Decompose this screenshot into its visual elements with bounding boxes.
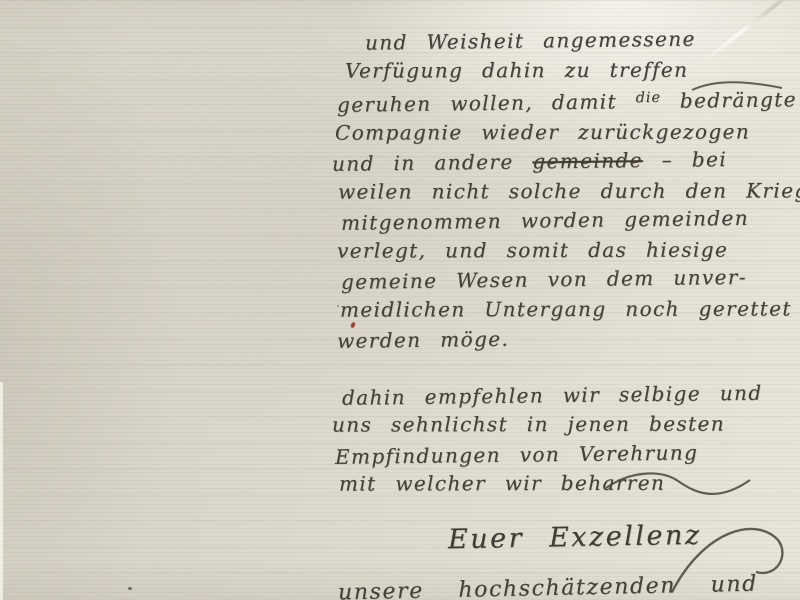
- manuscript-paragraph: und Weisheit angemesseneVerfügung dahin …: [332, 26, 800, 354]
- text-segment: – bei: [643, 147, 727, 172]
- manuscript-line: Verfügung dahin zu treffen: [345, 55, 800, 86]
- text-segment: Verfügung dahin zu treffen: [345, 57, 688, 82]
- text-segment: mitgenommen worden gemeinden: [341, 206, 749, 235]
- text-segment: dahin empfehlen wir selbige und: [342, 380, 763, 409]
- manuscript-line: und Weisheit angemessene: [365, 23, 800, 58]
- manuscript-line: gemeine Wesen von dem unver-: [341, 262, 800, 297]
- text-segment: uns sehnlichst in jenen besten: [332, 412, 725, 437]
- closing-salutation: Euer Exzellenz: [448, 520, 702, 555]
- text-segment: Compagnie wieder zurückgezogen: [335, 119, 750, 144]
- manuscript-line: meidlichen Untergang noch gerettet: [340, 294, 800, 325]
- manuscript-paragraph: dahin empfehlen wir selbige unduns sehnl…: [332, 381, 800, 499]
- paper-edge-sliver: [0, 382, 3, 600]
- text-segment: gemeine Wesen von dem unver-: [341, 265, 747, 294]
- manuscript-line: mit welcher wir beharren: [339, 468, 800, 499]
- text-segment: Empfindungen von Verehrung: [335, 440, 699, 468]
- text-segment: und in andere: [332, 149, 533, 175]
- text-segment: verlegt, und somit das hiesige: [337, 237, 728, 262]
- dark-speck: [128, 587, 132, 590]
- handwritten-text-block: und Weisheit angemesseneVerfügung dahin …: [332, 26, 800, 526]
- manuscript-line: mitgenommen worden gemeinden: [341, 203, 800, 238]
- manuscript-page: und Weisheit angemesseneVerfügung dahin …: [0, 0, 800, 600]
- manuscript-line: und in andere gemeinde – bei: [332, 144, 800, 179]
- inserted-word: die: [636, 90, 662, 106]
- manuscript-line: verlegt, und somit das hiesige: [337, 235, 800, 266]
- text-segment: und Weisheit angemessene: [365, 27, 696, 55]
- manuscript-line: uns sehnlichst in jenen besten: [332, 409, 800, 440]
- struck-word: gemeinde: [532, 148, 643, 173]
- text-segment: weilen nicht solche durch den Krieg: [338, 178, 800, 203]
- manuscript-line: Compagnie wieder zurückgezogen: [335, 117, 800, 148]
- manuscript-line: weilen nicht solche durch den Krieg: [338, 176, 800, 207]
- manuscript-line: werden möge.: [337, 321, 800, 356]
- closing-subscription: unsere hochschätzenden und: [338, 572, 758, 600]
- text-segment: mit welcher wir beharren: [339, 471, 665, 496]
- text-segment: bedrängte: [661, 87, 797, 113]
- text-segment: geruhen wollen, damit: [337, 89, 636, 117]
- manuscript-line: Empfindungen von Verehrung: [335, 437, 800, 472]
- manuscript-line: geruhen wollen, damit die bedrängte: [337, 82, 800, 120]
- text-segment: meidlichen Untergang noch gerettet: [340, 296, 792, 321]
- manuscript-line: dahin empfehlen wir selbige und: [342, 378, 800, 413]
- text-segment: werden möge.: [337, 327, 509, 353]
